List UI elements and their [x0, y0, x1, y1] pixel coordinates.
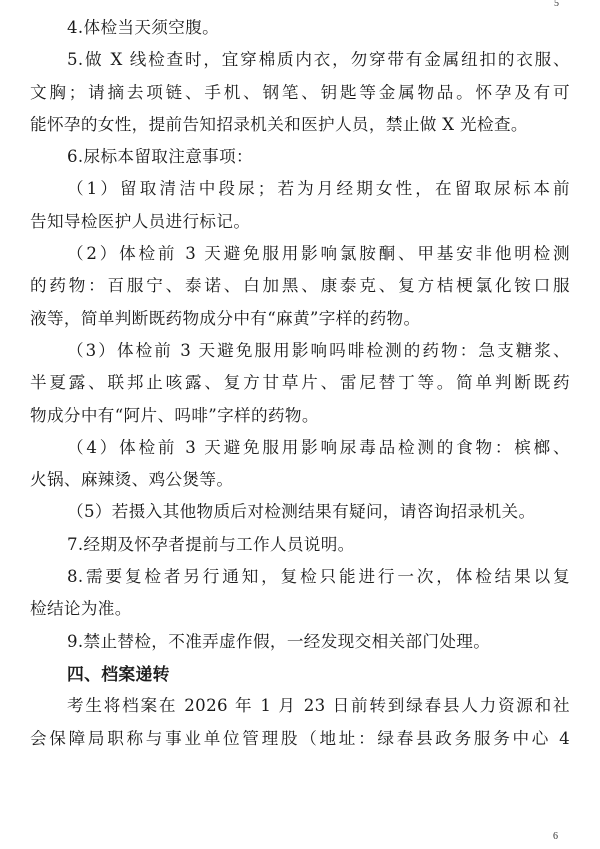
item-6-1-line-2: 告知导检医护人员进行标记。	[30, 206, 570, 238]
document-body: 4.体检当天须空腹。 5.做 X 线检查时，宜穿棉质内衣，勿穿带有金属纽扣的衣服…	[30, 12, 570, 755]
item-6-2-line-2: 的药物：百服宁、泰诺、白加黑、康泰克、复方桔梗氯化铵口服	[30, 270, 570, 302]
item-5-line-2: 文胸；请摘去项链、手机、钢笔、钥匙等金属物品。怀孕及有可	[30, 77, 570, 109]
item-7-line: 7.经期及怀孕者提前与工作人员说明。	[30, 529, 570, 561]
item-6-2-line-1: （2）体检前 3 天避免服用影响氯胺酮、甲基安非他明检测	[30, 238, 570, 270]
item-6-4-line-1: （4）体检前 3 天避免服用影响尿毒品检测的食物：槟榔、	[30, 432, 570, 464]
item-6-3-line-1: （3）体检前 3 天避免服用影响吗啡检测的药物：急支糖浆、	[30, 335, 570, 367]
item-6-3-line-3: 物成分中有“阿片、吗啡”字样的药物。	[30, 400, 570, 432]
item-6-5-line: （5）若摄入其他物质后对检测结果有疑问，请咨询招录机关。	[30, 496, 570, 528]
section-heading-archive-transfer: 四、档案递转	[30, 658, 570, 690]
archive-para-line-2: 会保障局职称与事业单位管理股（地址：绿春县政务服务中心 4	[30, 723, 570, 755]
archive-para-line-1: 考生将档案在 2026 年 1 月 23 日前转到绿春县人力资源和社	[30, 690, 570, 722]
item-6-1-line-1: （1）留取清洁中段尿；若为月经期女性，在留取尿标本前	[30, 173, 570, 205]
item-8-line-2: 检结论为准。	[30, 593, 570, 625]
item-5-line-3: 能怀孕的女性，提前告知招录机关和医护人员，禁止做 X 光检查。	[30, 109, 570, 141]
page-number-top: 5	[554, 0, 559, 9]
item-6-title: 6.尿标本留取注意事项：	[30, 141, 570, 173]
item-6-3-line-2: 半夏露、联邦止咳露、复方甘草片、雷尼替丁等。简单判断既药	[30, 367, 570, 399]
item-6-2-line-3: 液等，简单判断既药物成分中有“麻黄”字样的药物。	[30, 303, 570, 335]
item-5-line-1: 5.做 X 线检查时，宜穿棉质内衣，勿穿带有金属纽扣的衣服、	[30, 44, 570, 76]
item-4-line: 4.体检当天须空腹。	[30, 12, 570, 44]
item-6-4-line-2: 火锅、麻辣烫、鸡公煲等。	[30, 464, 570, 496]
item-9-line: 9.禁止替检，不准弄虚作假，一经发现交相关部门处理。	[30, 626, 570, 658]
page-number-bottom: 6	[553, 831, 558, 842]
item-8-line-1: 8.需要复检者另行通知，复检只能进行一次，体检结果以复	[30, 561, 570, 593]
